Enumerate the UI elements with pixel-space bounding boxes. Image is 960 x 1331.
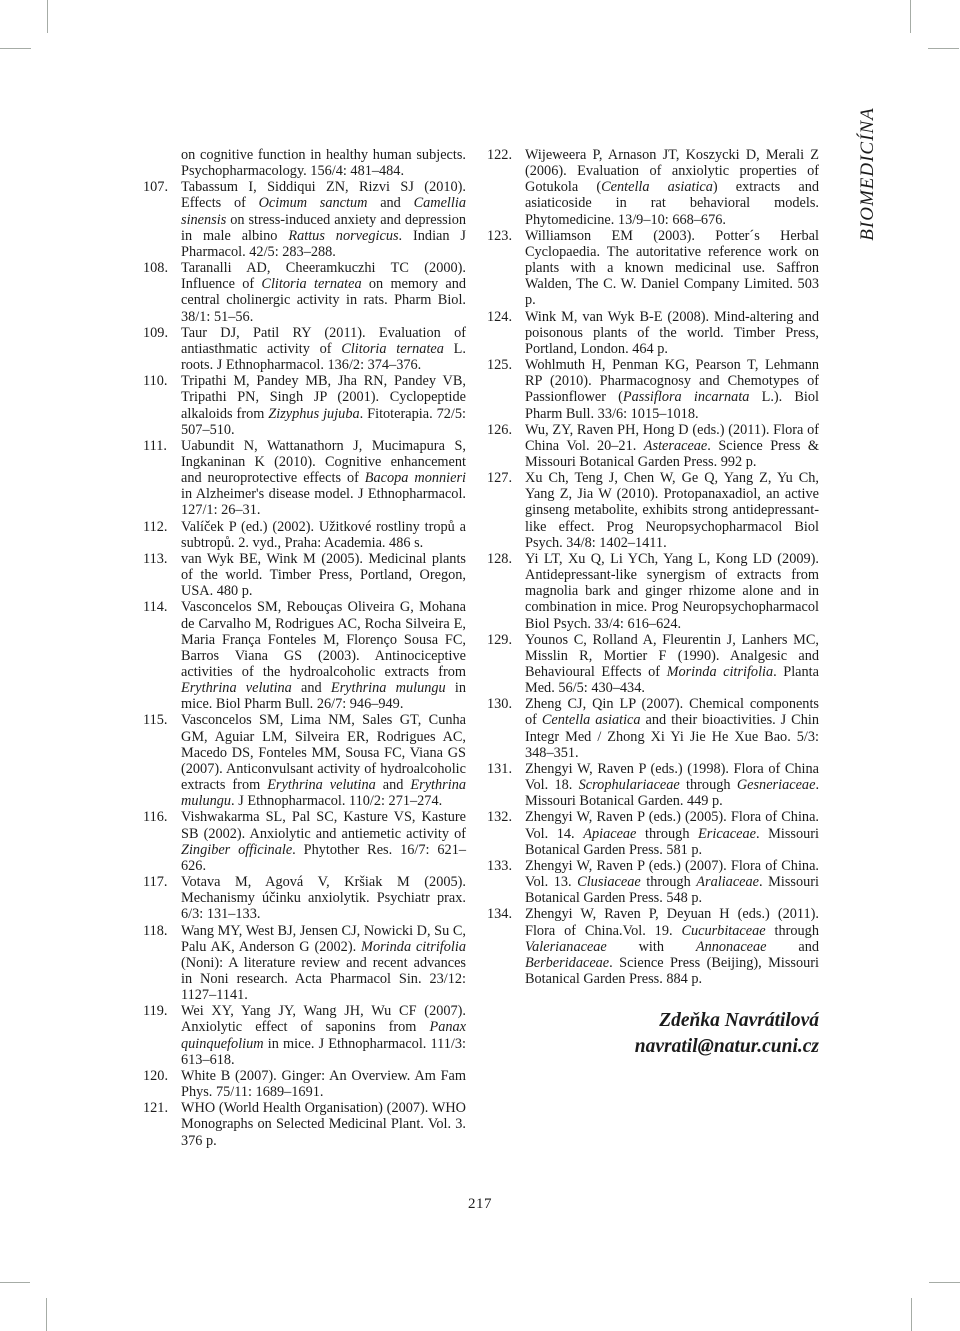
reference-text: White B (2007). Ginger: An Overview. Am … (181, 1068, 466, 1100)
reference-item: 108.Taranalli AD, Cheeramkuczhi TC (2000… (143, 260, 466, 325)
reference-item: 120.White B (2007). Ginger: An Overview.… (143, 1068, 466, 1100)
crop-mark-top-right-horizontal (928, 48, 959, 49)
reference-number: 131. (487, 761, 512, 777)
section-sidebar-label: BIOMEDICÍNA (857, 107, 879, 240)
reference-text: Yi LT, Xu Q, Li YCh, Yang L, Kong LD (20… (525, 551, 819, 632)
reference-text: Wohlmuth H, Penman KG, Pearson T, Lehman… (525, 357, 819, 421)
reference-item: 134.Zhengyi W, Raven P, Deyuan H (eds.) … (487, 906, 819, 987)
reference-number: 133. (487, 858, 512, 874)
reference-number: 127. (487, 470, 512, 486)
reference-item: 111.Uabundit N, Wattanathorn J, Mucimapu… (143, 438, 466, 519)
reference-text: Wu, ZY, Raven PH, Hong D (eds.) (2011). … (525, 422, 819, 470)
references-column-left: on cognitive function in healthy human s… (143, 147, 466, 1149)
reference-number: 113. (143, 551, 168, 567)
author-email: navratil@natur.cuni.cz (487, 1034, 819, 1060)
reference-number: 109. (143, 325, 168, 341)
reference-item: 114.Vasconcelos SM, Rebouças Oliveira G,… (143, 599, 466, 712)
reference-item: 110.Tripathi M, Pandey MB, Jha RN, Pande… (143, 373, 466, 438)
page-number: 217 (0, 1196, 960, 1213)
reference-text: Taranalli AD, Cheeramkuczhi TC (2000). I… (181, 260, 466, 324)
reference-text: van Wyk BE, Wink M (2005). Medicinal pla… (181, 551, 466, 599)
document-page: BIOMEDICÍNA on cognitive function in hea… (0, 0, 960, 1331)
reference-item: 132.Zhengyi W, Raven P (eds.) (2005). Fl… (487, 809, 819, 857)
reference-number: 114. (143, 599, 168, 615)
reference-text: Taur DJ, Patil RY (2011). Evaluation of … (181, 325, 466, 373)
reference-text: Wei XY, Yang JY, Wang JH, Wu CF (2007). … (181, 1003, 466, 1067)
reference-item: 107.Tabassum I, Siddiqui ZN, Rizvi SJ (2… (143, 179, 466, 260)
reference-number: 128. (487, 551, 512, 567)
reference-number: 119. (143, 1003, 168, 1019)
crop-mark-bottom-right-vertical (911, 1298, 912, 1331)
reference-text: Wink M, van Wyk B-E (2008). Mind-alterin… (525, 309, 819, 357)
reference-item: 122.Wijeweera P, Arnason JT, Koszycki D,… (487, 147, 819, 228)
reference-item: 131.Zhengyi W, Raven P (eds.) (1998). Fl… (487, 761, 819, 809)
reference-item: 133.Zhengyi W, Raven P (eds.) (2007). Fl… (487, 858, 819, 906)
reference-number: 122. (487, 147, 512, 163)
reference-item: 113.van Wyk BE, Wink M (2005). Medicinal… (143, 551, 466, 599)
reference-text: Zheng CJ, Qin LP (2007). Chemical compon… (525, 696, 819, 760)
reference-number: 112. (143, 519, 168, 535)
reference-number: 129. (487, 632, 512, 648)
author-signature: Zdeňka Navrátilová navratil@natur.cuni.c… (487, 1008, 819, 1060)
crop-mark-top-left-horizontal (0, 48, 31, 49)
reference-text: Vasconcelos SM, Lima NM, Sales GT, Cunha… (181, 712, 466, 809)
reference-number: 126. (487, 422, 512, 438)
reference-text: Xu Ch, Teng J, Chen W, Ge Q, Yang Z, Yu … (525, 470, 819, 551)
reference-item: 123.Williamson EM (2003). Potter´s Herba… (487, 228, 819, 309)
reference-item: 112.Valíček P (ed.) (2002). Užitkové ros… (143, 519, 466, 551)
reference-item: 117.Votava M, Agová V, Kršiak M (2005). … (143, 874, 466, 922)
reference-text: Vishwakarma SL, Pal SC, Kasture VS, Kast… (181, 809, 466, 873)
reference-text: Tabassum I, Siddiqui ZN, Rizvi SJ (2010)… (181, 179, 466, 260)
reference-item: 116.Vishwakarma SL, Pal SC, Kasture VS, … (143, 809, 466, 874)
crop-mark-top-right-vertical (910, 0, 911, 33)
reference-number: 118. (143, 923, 168, 939)
reference-number: 116. (143, 809, 168, 825)
reference-item: 109.Taur DJ, Patil RY (2011). Evaluation… (143, 325, 466, 373)
reference-item: 115.Vasconcelos SM, Lima NM, Sales GT, C… (143, 712, 466, 809)
reference-text: Uabundit N, Wattanathorn J, Mucimapura S… (181, 438, 466, 519)
reference-text: Votava M, Agová V, Kršiak M (2005). Mech… (181, 874, 466, 922)
reference-number: 130. (487, 696, 512, 712)
reference-number: 132. (487, 809, 512, 825)
reference-text: Wang MY, West BJ, Jensen CJ, Nowicki D, … (181, 923, 466, 1004)
reference-text: Zhengyi W, Raven P (eds.) (1998). Flora … (525, 761, 819, 809)
reference-text: WHO (World Health Organisation) (2007). … (181, 1100, 466, 1148)
reference-text: Younos C, Rolland A, Fleurentin J, Lanhe… (525, 632, 819, 696)
reference-item: 125.Wohlmuth H, Penman KG, Pearson T, Le… (487, 357, 819, 422)
references-list-left: on cognitive function in healthy human s… (143, 147, 466, 1149)
reference-item: 118.Wang MY, West BJ, Jensen CJ, Nowicki… (143, 923, 466, 1004)
reference-item: 121.WHO (World Health Organisation) (200… (143, 1100, 466, 1148)
crop-mark-top-left-vertical (47, 0, 48, 33)
reference-text: Williamson EM (2003). Potter´s Herbal Cy… (525, 228, 819, 309)
reference-text: Zhengyi W, Raven P (eds.) (2005). Flora … (525, 809, 819, 857)
crop-mark-bottom-right-horizontal (929, 1282, 960, 1283)
reference-item: 119.Wei XY, Yang JY, Wang JH, Wu CF (200… (143, 1003, 466, 1068)
reference-number: 123. (487, 228, 512, 244)
reference-text: Valíček P (ed.) (2002). Užitkové rostlin… (181, 519, 466, 551)
reference-text: Wijeweera P, Arnason JT, Koszycki D, Mer… (525, 147, 819, 228)
reference-item: 128.Yi LT, Xu Q, Li YCh, Yang L, Kong LD… (487, 551, 819, 632)
reference-number: 120. (143, 1068, 168, 1084)
reference-number: 117. (143, 874, 168, 890)
reference-number: 110. (143, 373, 168, 389)
references-list-right: 122.Wijeweera P, Arnason JT, Koszycki D,… (487, 147, 819, 987)
reference-text: Zhengyi W, Raven P, Deyuan H (eds.) (201… (525, 906, 819, 987)
reference-text: Vasconcelos SM, Rebouças Oliveira G, Moh… (181, 599, 466, 712)
reference-number: 124. (487, 309, 512, 325)
reference-text: on cognitive function in healthy human s… (181, 147, 466, 179)
author-name: Zdeňka Navrátilová (487, 1008, 819, 1034)
reference-number: 108. (143, 260, 168, 276)
references-column-right: 122.Wijeweera P, Arnason JT, Koszycki D,… (487, 147, 819, 1060)
reference-item: 129.Younos C, Rolland A, Fleurentin J, L… (487, 632, 819, 697)
reference-number: 115. (143, 712, 168, 728)
reference-number: 134. (487, 906, 512, 922)
reference-text: Tripathi M, Pandey MB, Jha RN, Pandey VB… (181, 373, 466, 437)
reference-item: 130.Zheng CJ, Qin LP (2007). Chemical co… (487, 696, 819, 761)
reference-item: 124.Wink M, van Wyk B-E (2008). Mind-alt… (487, 309, 819, 357)
crop-mark-bottom-left-horizontal (0, 1282, 30, 1283)
reference-number: 121. (143, 1100, 168, 1116)
reference-item: 127.Xu Ch, Teng J, Chen W, Ge Q, Yang Z,… (487, 470, 819, 551)
reference-number: 107. (143, 179, 168, 195)
reference-number: 125. (487, 357, 512, 373)
crop-mark-bottom-left-vertical (46, 1298, 47, 1331)
reference-item: on cognitive function in healthy human s… (143, 147, 466, 179)
reference-number: 111. (143, 438, 167, 454)
reference-item: 126.Wu, ZY, Raven PH, Hong D (eds.) (201… (487, 422, 819, 470)
reference-text: Zhengyi W, Raven P (eds.) (2007). Flora … (525, 858, 819, 906)
